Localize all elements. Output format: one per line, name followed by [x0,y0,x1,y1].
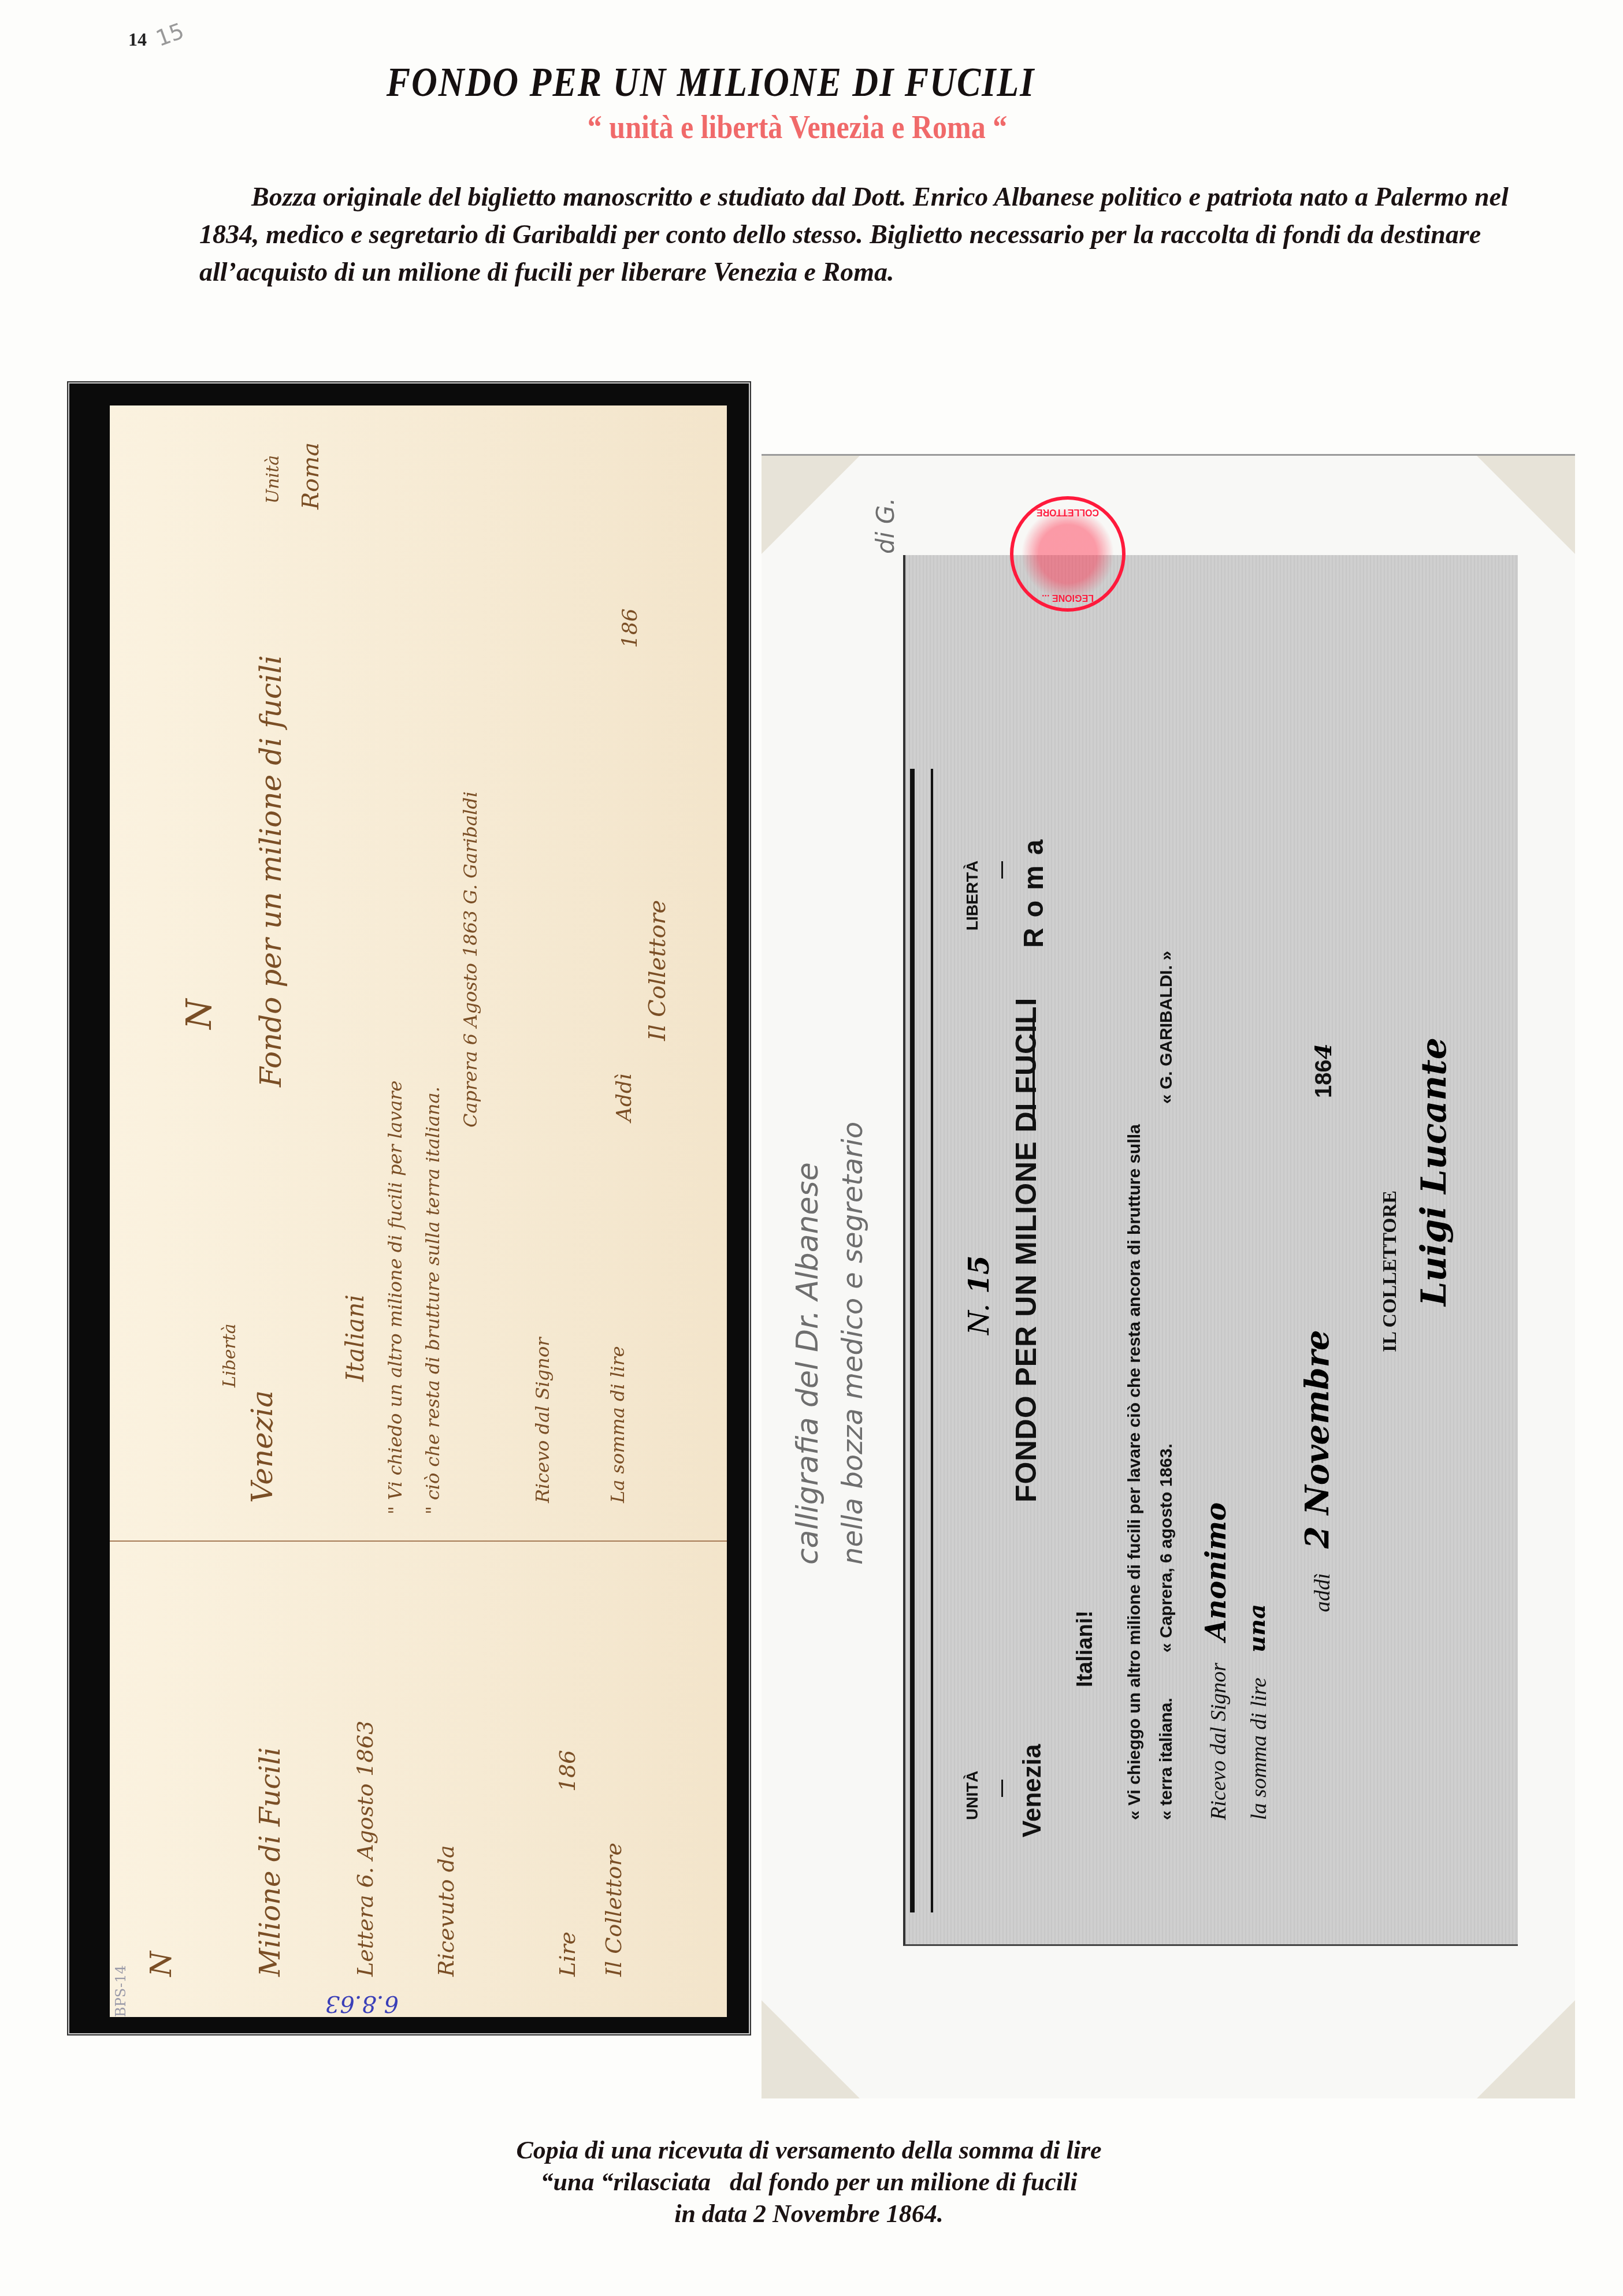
draft-liberta: Libertà [220,1323,240,1387]
draft-document-paper: N Libertà Venezia Fondo per un milione d… [110,405,727,2017]
heading-underline [1033,1017,1035,1127]
date-value: 2 Novembre [1298,1330,1336,1549]
pencil-page-number: 15 [153,18,187,51]
city-venezia: Venezia [1018,1744,1047,1837]
quote-line-1: « Vi chieggo un altro milione di fucili … [1125,1124,1145,1820]
sum-label: la somma di lire [1246,1677,1272,1820]
mount-corner [1477,2000,1575,2098]
salutation: Italiani! [1073,1610,1098,1687]
stub-collettore: Il Collettore [601,1843,626,1977]
receipt-number-value: 15 [963,1255,996,1294]
dash-unita: — [992,1780,1012,1797]
receipt-border-rule [931,769,933,1912]
mount-corner [762,2000,860,2098]
page-subtitle: “ unità e libertà Venezia e Roma “ [439,107,1156,146]
caption-line-3: in data 2 Novembre 1864. [404,2198,1213,2230]
year-prefix: 186 [1311,1059,1336,1098]
stub-lire: Lire [555,1932,580,1977]
draft-quote-place: Caprera 6 Agosto 1863 G. Garibaldi [459,791,481,1127]
receipt-copy: N. 15 FONDO PER UN MILIONE DI FUCILI UNI… [903,555,1518,1946]
receipt-number: N. 15 [963,1255,996,1335]
received-label: Ricevo dal Signor [1206,1663,1231,1820]
collector-label: IL COLLETTORE [1379,1190,1401,1352]
mount-corner [762,456,860,554]
red-collector-stamp: LEGIONE ... COLLETTORE [1010,496,1126,612]
collector-signature: Luigi Lucante [1414,1037,1454,1306]
pencil-note-2: nella bozza medico e segretario [837,1122,869,1565]
receipt-number-label: N. [963,1304,996,1335]
draft-italiani: Italiani [341,1294,369,1382]
quote-signature: « G. GARIBALDI. » [1157,951,1176,1104]
bottom-caption: Copia di una ricevuta di versamento dell… [404,2134,1213,2230]
stub-lettera: Lettera 6. Agosto 1863 [352,1721,378,1977]
receipt-copy-mount: calligrafia del Dr. Albanese nella bozza… [762,454,1575,2098]
draft-roma: Roma [298,442,324,509]
draft-year: 186 [618,608,642,648]
page-title: FONDO PER UN MILIONE DI FUCILI [243,59,1179,107]
draft-heading: Fondo per un milione di fucili [254,655,288,1087]
caption-line-1: Copia di una ricevuta di versamento dell… [404,2134,1213,2166]
dash-liberta: — [992,861,1012,879]
received-value: Anonimo [1200,1502,1232,1641]
draft-number: N [179,999,220,1030]
draft-unita: Unità [263,455,283,504]
draft-collettore: Il Collettore [644,900,671,1041]
mount-corner [1477,456,1575,554]
year-value: 1864 [1310,1043,1337,1098]
draft-ricevo: Ricevo dal Signor [532,1338,554,1503]
stamp-text-top: LEGIONE ... [1013,592,1122,602]
draft-venezia: Venezia [246,1390,279,1503]
receipt-heading: FONDO PER UN MILIONE DI FUCILI [1009,998,1043,1502]
stub-ricevuto: Ricevuto da [433,1845,459,1977]
pencil-code-annotation: BPS-14 [113,1965,129,2017]
draft-addi: Addì [612,1073,636,1122]
year-digit-handwritten: 4 [1310,1043,1337,1059]
intro-paragraph: Bozza originale del biglietto manoscritt… [199,178,1517,291]
fold-line [110,1540,727,1542]
draft-somma: La somma di lire [607,1346,629,1503]
stub-year: 186 [555,1750,580,1792]
sum-value: una [1243,1604,1271,1653]
caption-line-2: “una “rilasciata dal fondo per un milion… [404,2166,1213,2198]
draft-quote-2: " ciò che resta di brutture sulla terra … [422,1086,444,1514]
stub-heading: Milione di Fucili [254,1747,287,1977]
pencil-note-1: calligrafia del Dr. Albanese [790,1162,825,1565]
pencil-note-3: di G. [871,497,900,554]
quote-line-2: « terra italiana. [1157,1698,1176,1820]
page-number: 14 [128,29,147,50]
date-label: addì [1310,1573,1335,1612]
label-unita: UNITÀ [963,1770,982,1820]
blue-date-annotation: 6.8.63 [325,1990,399,2017]
stamp-text-bottom: COLLETTORE [1013,507,1122,517]
quote-place-date: « Caprera, 6 agosto 1863. [1157,1443,1176,1653]
stub-number: N [144,1951,178,1977]
draft-document-mount: N Libertà Venezia Fondo per un milione d… [67,381,751,2035]
label-liberta: LIBERTÀ [963,861,982,931]
city-roma: Roma [1018,829,1050,948]
draft-quote-1: " Vi chiedo un altro milione di fucili p… [384,1080,406,1514]
receipt-border-rule [910,769,915,1912]
